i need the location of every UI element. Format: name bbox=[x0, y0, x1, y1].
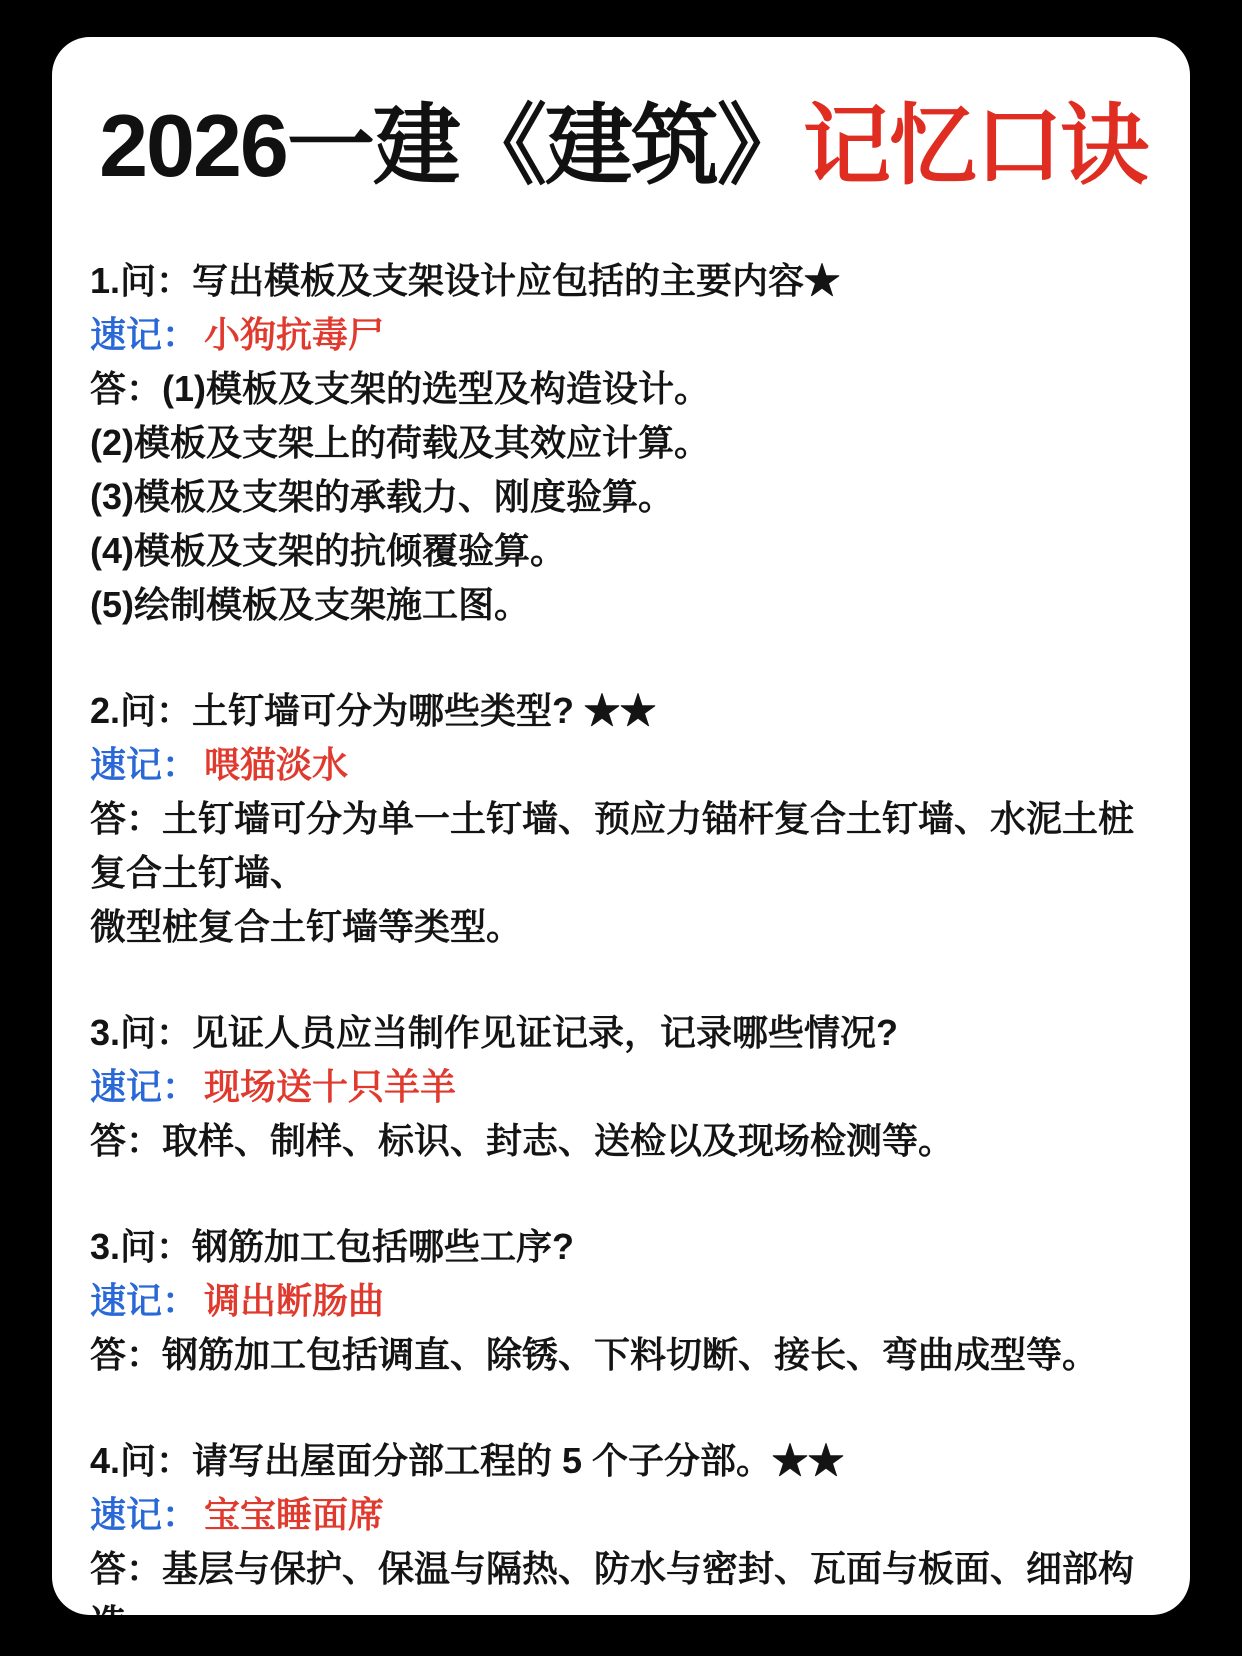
note-card: 2026一建《建筑》记忆口诀 1.问：写出模板及支架设计应包括的主要内容★ 速记… bbox=[52, 37, 1190, 1615]
mnemonic-line: 速记：宝宝睡面席 bbox=[90, 1488, 1156, 1542]
mnemonic-line: 速记：小狗抗毒尸 bbox=[90, 308, 1156, 362]
mnemonic-line: 速记：喂猫淡水 bbox=[90, 738, 1156, 792]
question-text: 1.问：写出模板及支架设计应包括的主要内容★ bbox=[90, 254, 1156, 308]
question-text: 2.问：土钉墙可分为哪些类型? ★★ bbox=[90, 684, 1156, 738]
title-accent: 记忆口诀 bbox=[803, 96, 1147, 195]
qa-section: 2.问：土钉墙可分为哪些类型? ★★ 速记：喂猫淡水 答：土钉墙可分为单一土钉墙… bbox=[90, 684, 1156, 954]
answer-line: 答：钢筋加工包括调直、除锈、下料切断、接长、弯曲成型等。 bbox=[90, 1328, 1156, 1382]
mnemonic-label: 速记： bbox=[90, 1280, 198, 1321]
answer-block: 答：基层与保护、保温与隔热、防水与密封、瓦面与板面、细部构造。 bbox=[90, 1542, 1156, 1615]
answer-block: 答：取样、制样、标识、封志、送检以及现场检测等。 bbox=[90, 1114, 1156, 1168]
mnemonic-label: 速记： bbox=[90, 744, 198, 785]
answer-line: 答：(1)模板及支架的选型及构造设计。 bbox=[90, 362, 1156, 416]
answer-line: 答：土钉墙可分为单一土钉墙、预应力锚杆复合土钉墙、水泥土桩复合土钉墙、 bbox=[90, 792, 1156, 900]
qa-section: 3.问：钢筋加工包括哪些工序? 速记：调出断肠曲 答：钢筋加工包括调直、除锈、下… bbox=[90, 1220, 1156, 1382]
mnemonic-label: 速记： bbox=[90, 1494, 198, 1535]
qa-list: 1.问：写出模板及支架设计应包括的主要内容★ 速记：小狗抗毒尸 答：(1)模板及… bbox=[90, 254, 1156, 1615]
mnemonic-line: 速记：现场送十只羊羊 bbox=[90, 1060, 1156, 1114]
mnemonic-text: 调出断肠曲 bbox=[198, 1280, 384, 1321]
answer-line: (3)模板及支架的承载力、刚度验算。 bbox=[90, 470, 1156, 524]
mnemonic-text: 宝宝睡面席 bbox=[198, 1494, 384, 1535]
answer-line: (5)绘制模板及支架施工图。 bbox=[90, 578, 1156, 632]
qa-section: 1.问：写出模板及支架设计应包括的主要内容★ 速记：小狗抗毒尸 答：(1)模板及… bbox=[90, 254, 1156, 632]
answer-block: 答：(1)模板及支架的选型及构造设计。(2)模板及支架上的荷载及其效应计算。(3… bbox=[90, 362, 1156, 632]
question-text: 4.问：请写出屋面分部工程的 5 个子分部。★★ bbox=[90, 1434, 1156, 1488]
question-text: 3.问：见证人员应当制作见证记录，记录哪些情况? bbox=[90, 1006, 1156, 1060]
mnemonic-text: 喂猫淡水 bbox=[198, 744, 348, 785]
page-title: 2026一建《建筑》记忆口诀 bbox=[90, 95, 1156, 196]
answer-line: 微型桩复合土钉墙等类型。 bbox=[90, 900, 1156, 954]
title-main: 2026一建《建筑》 bbox=[99, 96, 803, 195]
qa-section: 4.问：请写出屋面分部工程的 5 个子分部。★★ 速记：宝宝睡面席 答：基层与保… bbox=[90, 1434, 1156, 1615]
question-text: 3.问：钢筋加工包括哪些工序? bbox=[90, 1220, 1156, 1274]
qa-section: 3.问：见证人员应当制作见证记录，记录哪些情况? 速记：现场送十只羊羊 答：取样… bbox=[90, 1006, 1156, 1168]
answer-line: (2)模板及支架上的荷载及其效应计算。 bbox=[90, 416, 1156, 470]
answer-block: 答：土钉墙可分为单一土钉墙、预应力锚杆复合土钉墙、水泥土桩复合土钉墙、微型桩复合… bbox=[90, 792, 1156, 954]
mnemonic-line: 速记：调出断肠曲 bbox=[90, 1274, 1156, 1328]
mnemonic-text: 小狗抗毒尸 bbox=[198, 314, 384, 355]
mnemonic-label: 速记： bbox=[90, 1066, 198, 1107]
mnemonic-text: 现场送十只羊羊 bbox=[198, 1066, 456, 1107]
answer-block: 答：钢筋加工包括调直、除锈、下料切断、接长、弯曲成型等。 bbox=[90, 1328, 1156, 1382]
answer-line: 答：取样、制样、标识、封志、送检以及现场检测等。 bbox=[90, 1114, 1156, 1168]
answer-line: 答：基层与保护、保温与隔热、防水与密封、瓦面与板面、细部构造。 bbox=[90, 1542, 1156, 1615]
answer-line: (4)模板及支架的抗倾覆验算。 bbox=[90, 524, 1156, 578]
mnemonic-label: 速记： bbox=[90, 314, 198, 355]
